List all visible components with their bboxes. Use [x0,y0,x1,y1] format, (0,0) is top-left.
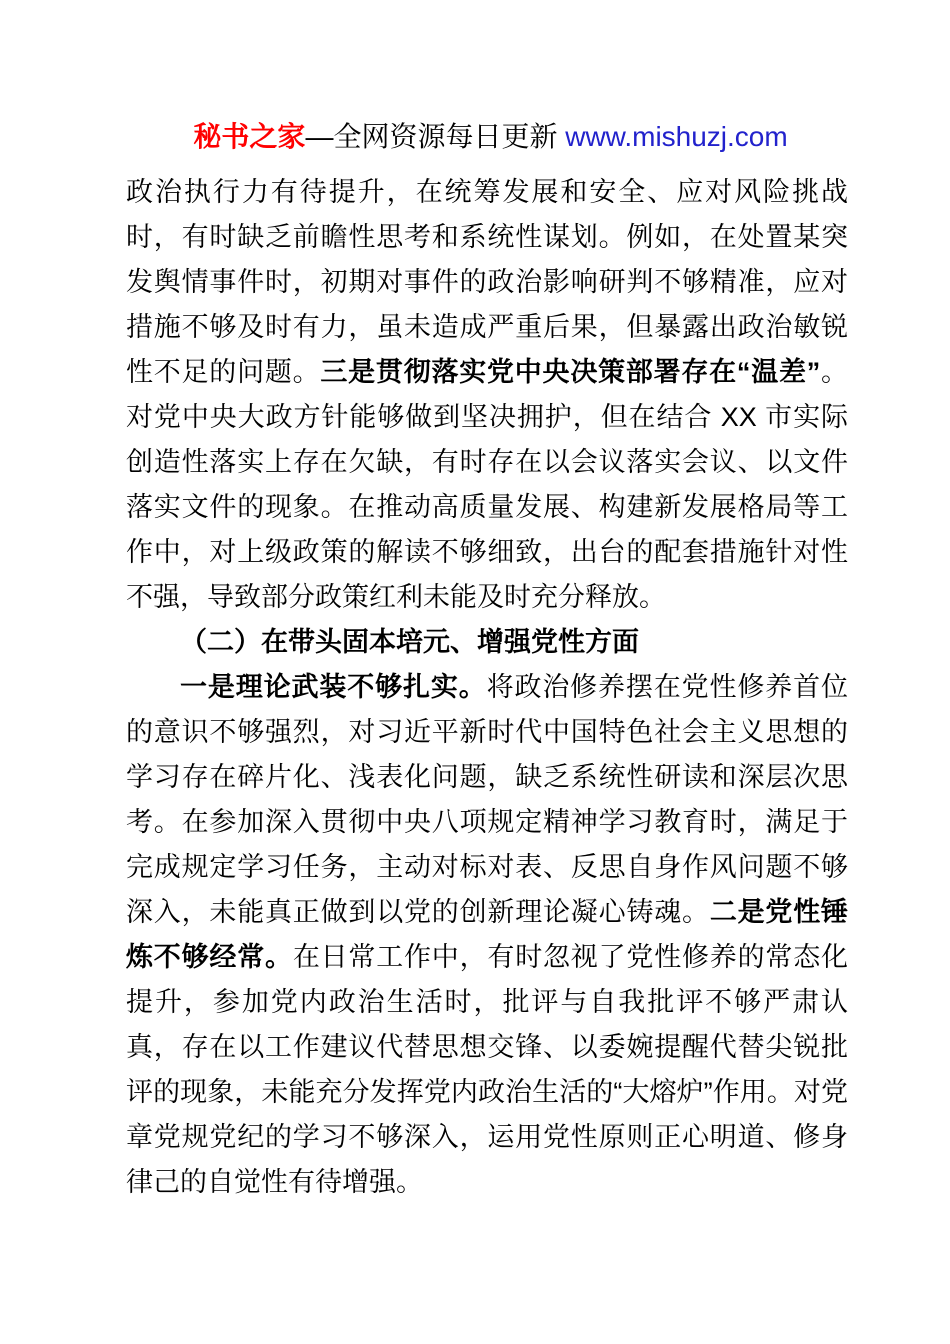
section-heading-2: （二）在带头固本培元、增强党性方面 [126,620,848,665]
document-body: 政治执行力有待提升，在统筹发展和安全、应对风险挑战时，有时缺乏前瞻性思考和系统性… [126,170,848,1205]
text-run: 。对党中央大政方针能够做到坚决拥护，但在结合 XX 市实际创造性落实上存在欠缺，… [126,357,848,612]
header-tagline: —全网资源每日更新 [305,121,565,152]
text-run-bold-third-point: 三是贯彻落实党中央决策部署存在“温差” [320,357,820,387]
text-run: 政治执行力有待提升，在统筹发展和安全、应对风险挑战时，有时缺乏前瞻性思考和系统性… [126,177,848,387]
text-run: 将政治修养摆在党性修养首位的意识不够强烈，对习近平新时代中国特色社会主义思想的学… [126,672,848,927]
paragraph-political-execution: 政治执行力有待提升，在统筹发展和安全、应对风险挑战时，有时缺乏前瞻性思考和系统性… [126,170,848,620]
paragraph-party-spirit: 一是理论武装不够扎实。将政治修养摆在党性修养首位的意识不够强烈，对习近平新时代中… [126,665,848,1205]
text-run-bold-first-point: 一是理论武装不够扎实。 [180,672,487,702]
brand-text: 秘书之家 [193,121,305,152]
header-url-link[interactable]: www.mishuzj.com [565,121,787,152]
text-run: 在日常工作中，有时忽视了党性修养的常态化提升，参加党内政治生活时，批评与自我批评… [126,942,848,1197]
document-page: 秘书之家—全网资源每日更新 www.mishuzj.com 政治执行力有待提升，… [0,0,950,1344]
